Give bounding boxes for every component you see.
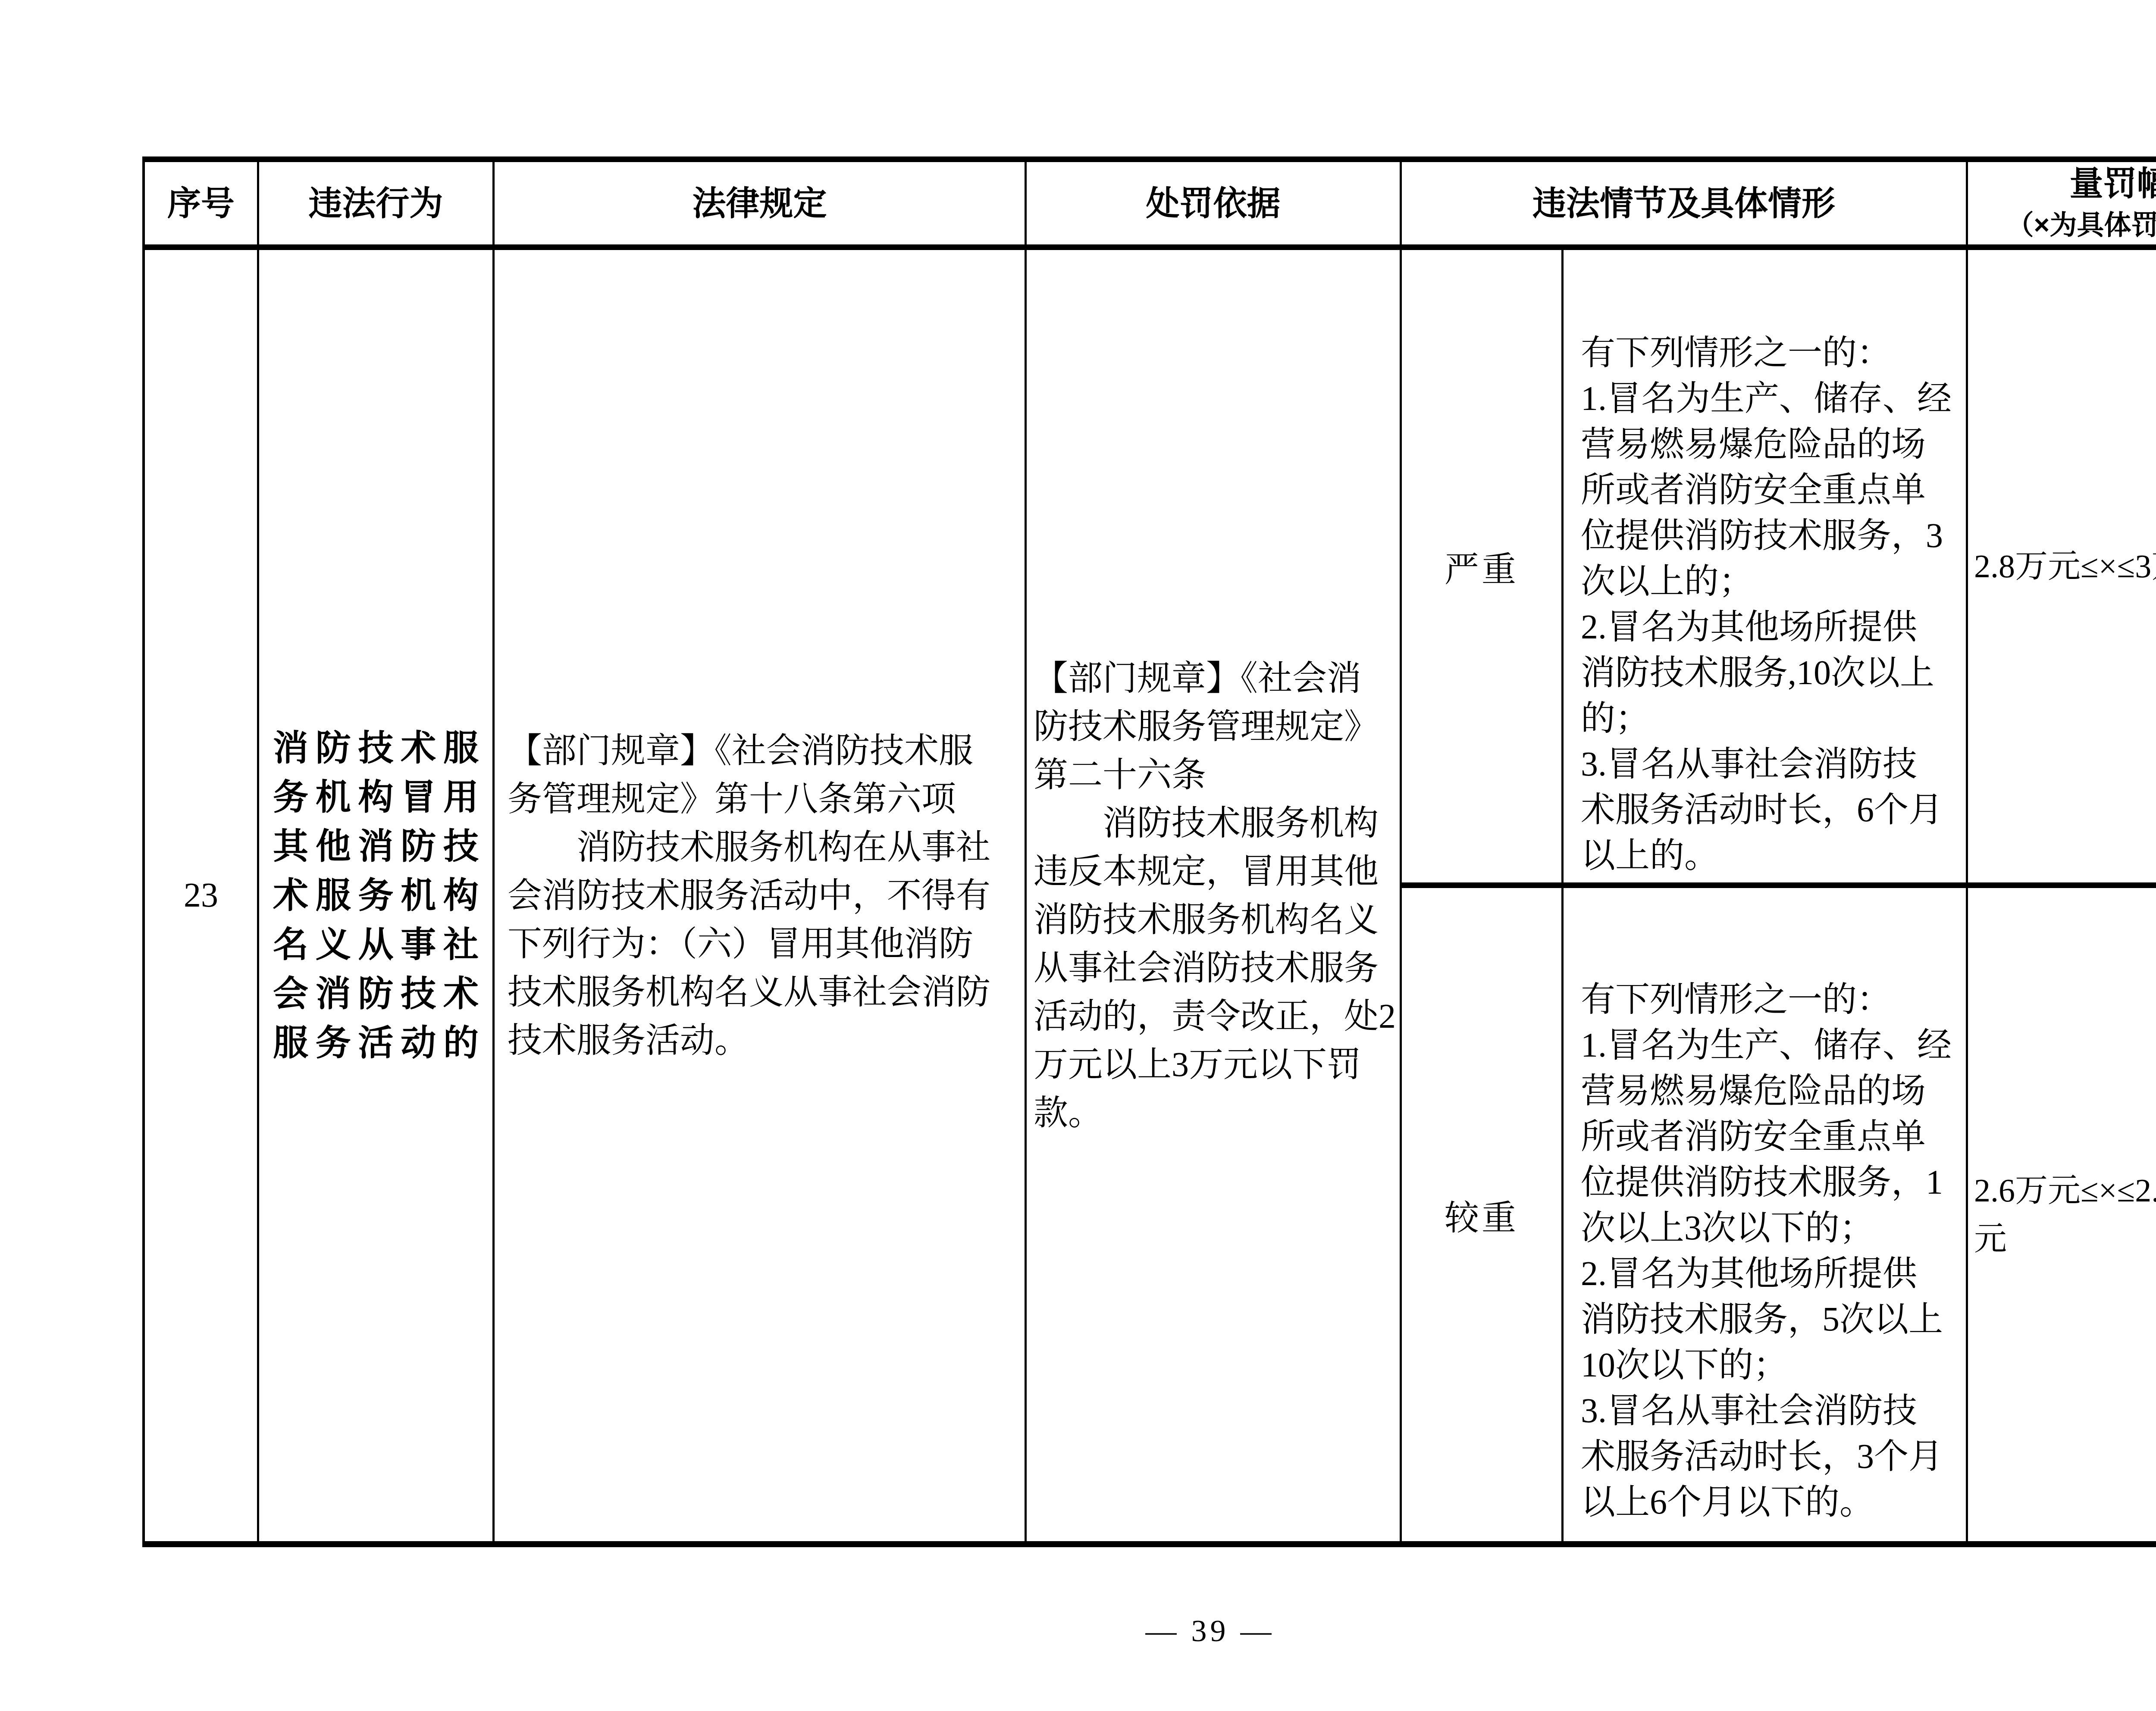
severe-circumstances-text: 有下列情形之一的： 1.冒名为生产、储存、经 营易燃易爆危险品的场 所或者消防安… [1564,250,1957,879]
header-cell-circumstance: 违法情节及具体情形 [1400,162,1966,250]
header-label-no: 序号 [167,182,235,225]
header-cell-range: 量罚幅度 （×为具体罚款金额） [1966,162,2156,250]
illegal-behavior-text: 消防技术服 务机构冒用 其他消防技 术服务机构 名义从事社 会消防技术 服务活动… [259,724,492,1068]
cell-severe-circumstances: 有下列情形之一的： 1.冒名为生产、储存、经 营易燃易爆危险品的场 所或者消防安… [1561,250,1966,888]
cell-moderate-penalty-range: 2.6万元≤×≤2.8万 元 [1966,888,2156,1541]
header-label-behavior: 违法行为 [308,182,443,225]
cell-penalty-basis: 【部门规章】《社会消 防技术服务管理规定》 第二十六条 消防技术服务机构 违反本… [1025,250,1400,1541]
cell-legal-provision: 【部门规章】《社会消防技术服 务管理规定》第十八条第六项 消防技术服务机构在从事… [492,250,1025,1541]
severe-penalty-range: 2.8万元≤×≤3万元 [1968,542,2156,591]
header-cell-behavior: 违法行为 [257,162,492,250]
cell-severe-penalty-range: 2.8万元≤×≤3万元 [1966,250,2156,888]
moderate-penalty-range: 2.6万元≤×≤2.8万 元 [1968,1167,2156,1263]
penalty-table: 序号 违法行为 法律规定 处罚依据 违法情节及具体情形 量罚幅度 （×为具体罚款… [142,156,2156,1547]
header-label-law: 法律规定 [692,182,827,225]
penalty-basis-text: 【部门规章】《社会消 防技术服务管理规定》 第二十六条 消防技术服务机构 违反本… [1027,654,1398,1137]
severity-severe-label: 严重 [1445,541,1519,591]
moderate-circumstances-text: 有下列情形之一的： 1.冒名为生产、储存、经 营易燃易爆危险品的场 所或者消防安… [1564,888,1957,1525]
severity-moderate-label: 较重 [1445,1190,1519,1239]
header-label-range-line1: 量罚幅度 [2069,162,2156,205]
cell-severity-severe: 严重 [1400,250,1561,888]
document-page: 序号 违法行为 法律规定 处罚依据 违法情节及具体情形 量罚幅度 （×为具体罚款… [0,0,2156,1711]
header-label-basis: 处罚依据 [1146,182,1280,225]
cell-illegal-behavior: 消防技术服 务机构冒用 其他消防技 术服务机构 名义从事社 会消防技术 服务活动… [257,250,492,1541]
cell-moderate-circumstances: 有下列情形之一的： 1.冒名为生产、储存、经 营易燃易爆危险品的场 所或者消防安… [1561,888,1966,1541]
legal-provision-text: 【部门规章】《社会消防技术服 务管理规定》第十八条第六项 消防技术服务机构在从事… [495,727,999,1065]
cell-severity-moderate: 较重 [1400,888,1561,1541]
header-label-circumstance: 违法情节及具体情形 [1532,182,1835,225]
header-cell-no: 序号 [145,162,257,250]
header-label-range-line2: （×为具体罚款金额） [2007,205,2156,245]
header-cell-basis: 处罚依据 [1025,162,1400,250]
row-number: 23 [184,876,218,915]
header-cell-law: 法律规定 [492,162,1025,250]
cell-row-number: 23 [145,250,257,1541]
page-number: — 39 — [0,1613,2156,1649]
